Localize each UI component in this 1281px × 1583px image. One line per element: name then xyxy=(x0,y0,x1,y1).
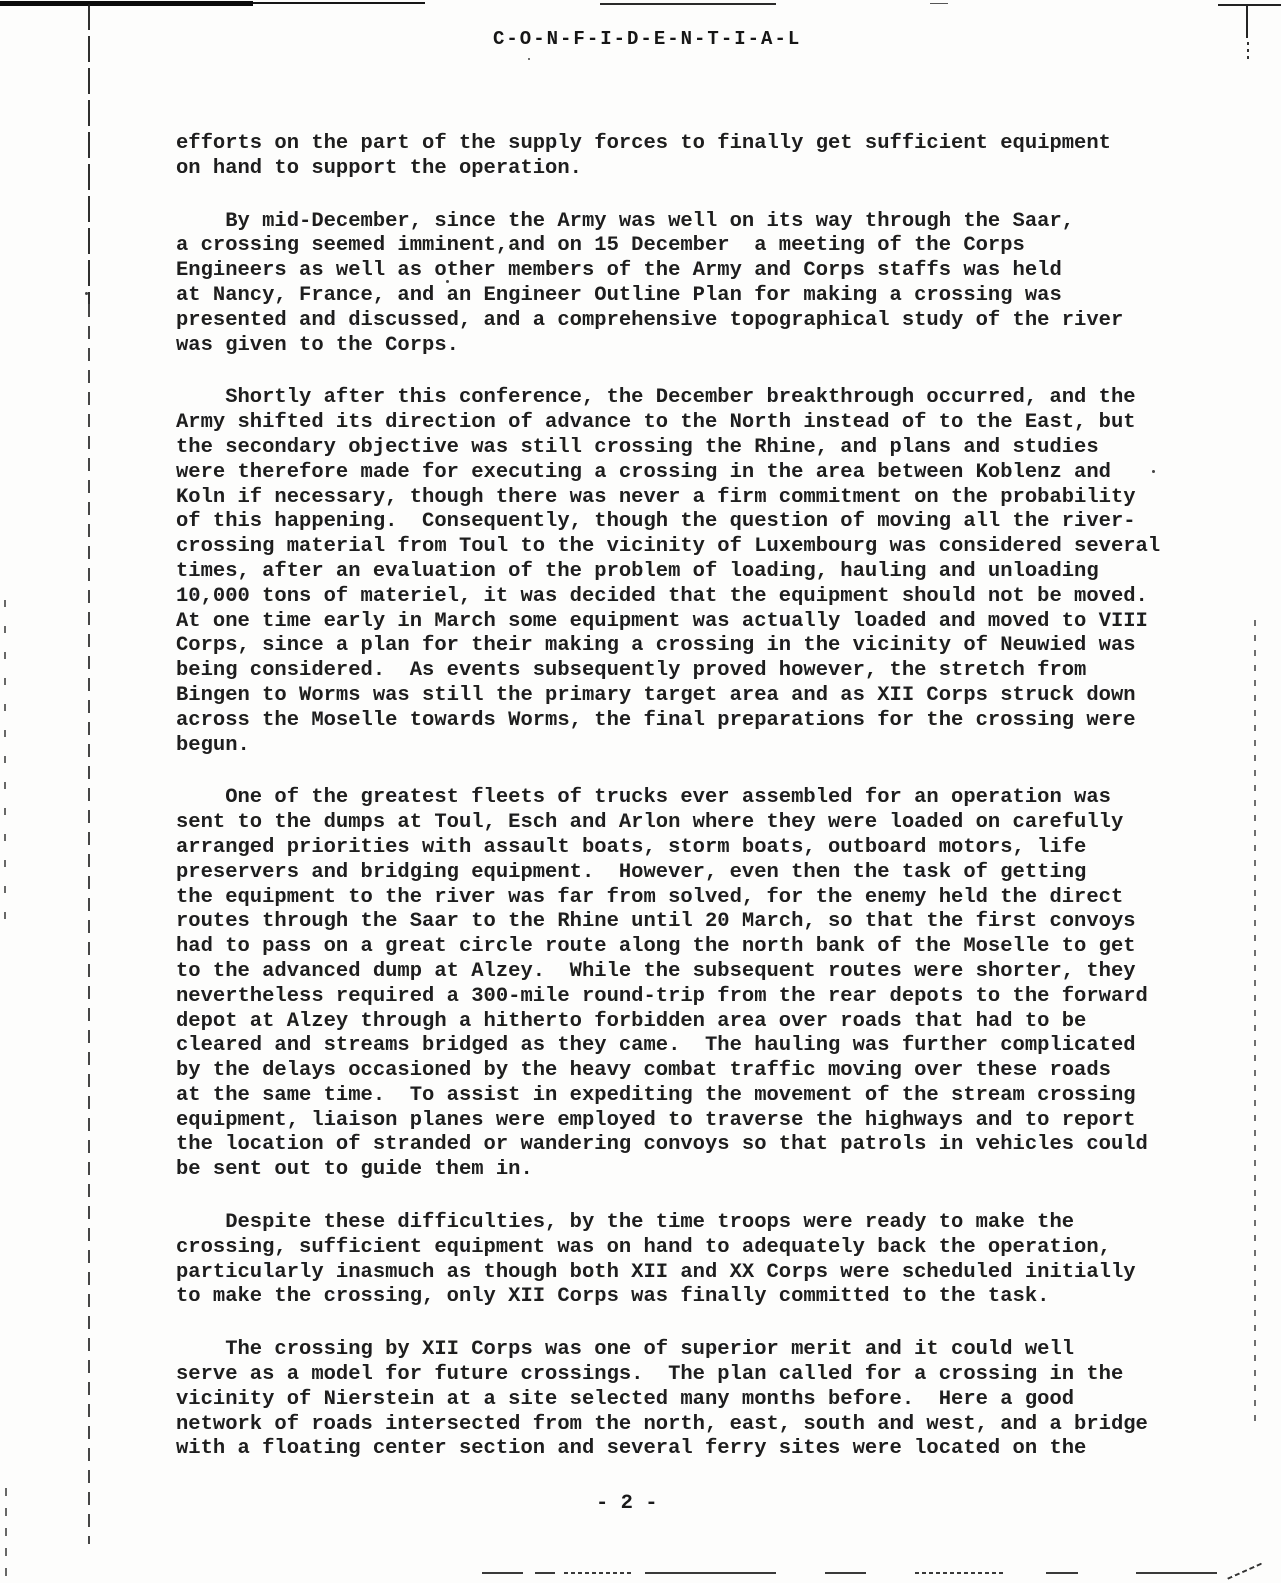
scan-artifact-left-margin-line-top xyxy=(88,4,90,304)
scanned-document-page: C-O-N-F-I-D-E-N-T-I-A-L efforts on the p… xyxy=(0,0,1281,1583)
scan-artifact-bottom-noise-4 xyxy=(645,1572,776,1574)
scan-artifact-bottom-right-diagonal xyxy=(1227,1562,1263,1579)
paragraph-supply-efforts: efforts on the part of the supply forces… xyxy=(176,132,1186,182)
scan-artifact-bottom-noise-2 xyxy=(535,1572,555,1574)
scan-artifact-top-bar-thick xyxy=(0,1,253,6)
scan-artifact-bottom-noise-1 xyxy=(482,1572,523,1574)
scan-artifact-top-right-vmark-tail xyxy=(1247,42,1249,62)
scan-artifact-bottom-noise-6 xyxy=(915,1572,1005,1574)
paragraph-december-breakthrough: Shortly after this conference, the Decem… xyxy=(176,386,1186,758)
scan-artifact-bottom-noise-8 xyxy=(1136,1572,1217,1574)
document-body: efforts on the part of the supply forces… xyxy=(176,132,1186,1490)
scan-artifact-top-line-small xyxy=(930,3,948,4)
scan-artifact-right-margin-line xyxy=(1254,620,1256,1430)
paragraph-despite-difficulties: Despite these difficulties, by the time … xyxy=(176,1211,1186,1310)
scan-artifact-bottom-noise-3 xyxy=(564,1572,633,1574)
scan-artifact-left-margin-line xyxy=(88,304,90,1544)
scan-artifact-top-bar-thin xyxy=(253,2,425,4)
classification-header: C-O-N-F-I-D-E-N-T-I-A-L xyxy=(493,28,801,50)
page-number: - 2 - xyxy=(596,1492,658,1515)
scan-artifact-bottom-noise-5 xyxy=(825,1572,866,1574)
scan-artifact-top-right-vmark xyxy=(1246,6,1248,38)
scan-artifact-stray-dot-4 xyxy=(528,58,530,60)
scan-artifact-left-edge-dashes xyxy=(4,600,6,930)
paragraph-xii-corps-crossing: The crossing by XII Corps was one of sup… xyxy=(176,1338,1186,1462)
scan-artifact-bottom-noise-7 xyxy=(1046,1572,1078,1574)
paragraph-mid-december: By mid-December, since the Army was well… xyxy=(176,210,1186,359)
scan-artifact-top-line-segment xyxy=(600,3,776,5)
scan-artifact-top-right-hline xyxy=(1218,4,1281,6)
paragraph-truck-fleets: One of the greatest fleets of trucks eve… xyxy=(176,786,1186,1183)
scan-artifact-left-edge-dashes-bottom xyxy=(5,1488,7,1580)
scan-artifact-stray-dot-1 xyxy=(85,292,88,295)
